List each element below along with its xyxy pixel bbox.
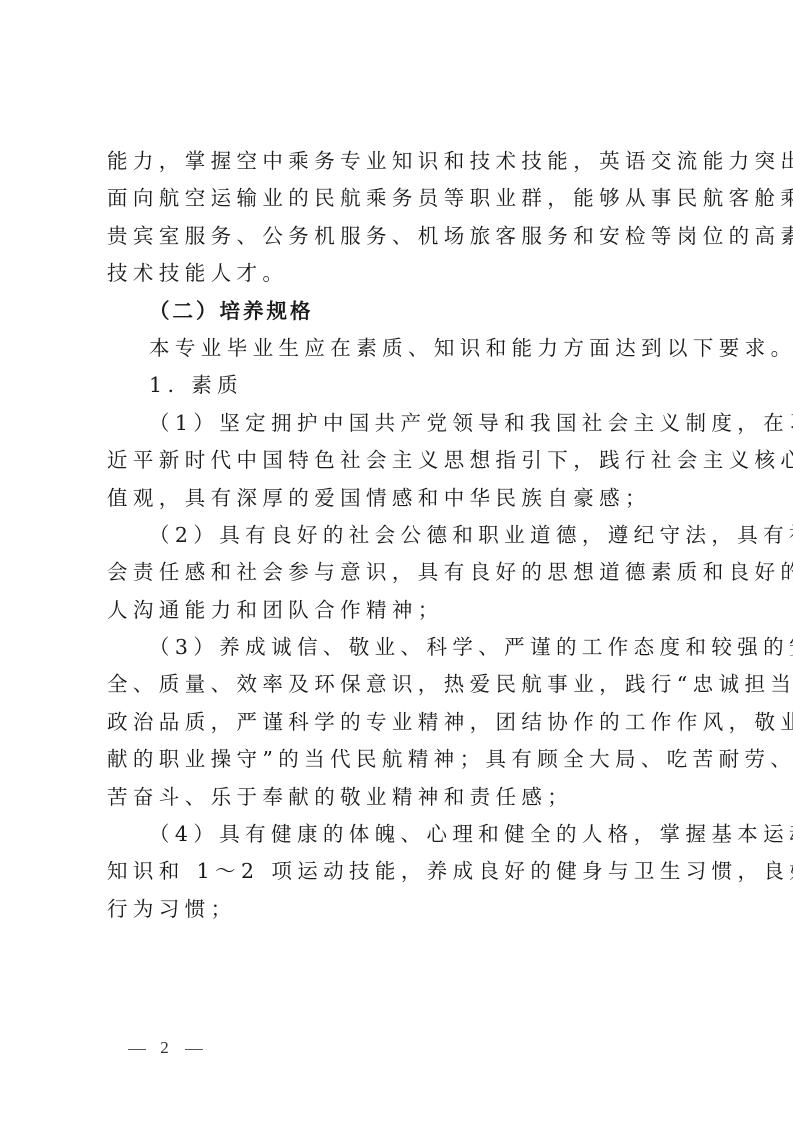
item-line: 知识和 1～2 项运动技能，养成良好的健身与卫生习惯，良好的 [107, 853, 693, 890]
item-line: 全、质量、效率及环保意识，热爱民航事业，践行“忠诚担当的 [107, 666, 693, 703]
item-line: 值观，具有深厚的爱国情感和中华民族自豪感； [107, 480, 693, 517]
document-page: 能力，掌握空中乘务专业知识和技术技能，英语交流能力突出， 面向航空运输业的民航乘… [107, 143, 693, 928]
requirement-item-4: （4）具有健康的体魄、心理和健全的人格，掌握基本运动 知识和 1～2 项运动技能… [107, 816, 693, 928]
requirement-item-2: （2）具有良好的社会公德和职业道德，遵纪守法，具有社 会责任感和社会参与意识，具… [107, 517, 693, 629]
footer-dash-right [185, 1049, 203, 1050]
item-line: 行为习惯； [107, 891, 693, 928]
item-line: （4）具有健康的体魄、心理和健全的人格，掌握基本运动 [107, 816, 693, 853]
item-line: 会责任感和社会参与意识，具有良好的思想道德素质和良好的与 [107, 554, 693, 591]
item-line: （3）养成诚信、敬业、科学、严谨的工作态度和较强的安 [107, 629, 693, 666]
page-footer: 2 [128, 1038, 203, 1058]
intro-paragraph: 本专业毕业生应在素质、知识和能力方面达到以下要求。 [107, 330, 693, 367]
item-line: 人沟通能力和团队合作精神； [107, 592, 693, 629]
page-number: 2 [160, 1038, 171, 1058]
item-line: 献的职业操守”的当代民航精神；具有顾全大局、吃苦耐劳、艰 [107, 741, 693, 778]
subsection-heading: 1. 素质 [107, 367, 693, 404]
item-line: （1）坚定拥护中国共产党领导和我国社会主义制度，在习 [107, 405, 693, 442]
section-heading: （二）培养规格 [107, 293, 693, 330]
requirement-item-3: （3）养成诚信、敬业、科学、严谨的工作态度和较强的安 全、质量、效率及环保意识，… [107, 629, 693, 816]
item-line: （2）具有良好的社会公德和职业道德，遵纪守法，具有社 [107, 517, 693, 554]
paragraph-line: 能力，掌握空中乘务专业知识和技术技能，英语交流能力突出， [107, 143, 693, 180]
requirement-item-1: （1）坚定拥护中国共产党领导和我国社会主义制度，在习 近平新时代中国特色社会主义… [107, 405, 693, 517]
item-line: 近平新时代中国特色社会主义思想指引下，践行社会主义核心价 [107, 442, 693, 479]
paragraph-line: 技术技能人才。 [107, 255, 693, 292]
paragraph-line: 贵宾室服务、公务机服务、机场旅客服务和安检等岗位的高素质 [107, 218, 693, 255]
item-line: 苦奋斗、乐于奉献的敬业精神和责任感； [107, 779, 693, 816]
item-line: 政治品质，严谨科学的专业精神，团结协作的工作作风，敬业奉 [107, 704, 693, 741]
footer-dash-left [128, 1049, 146, 1050]
paragraph-line: 面向航空运输业的民航乘务员等职业群，能够从事民航客舱乘务、 [107, 180, 693, 217]
